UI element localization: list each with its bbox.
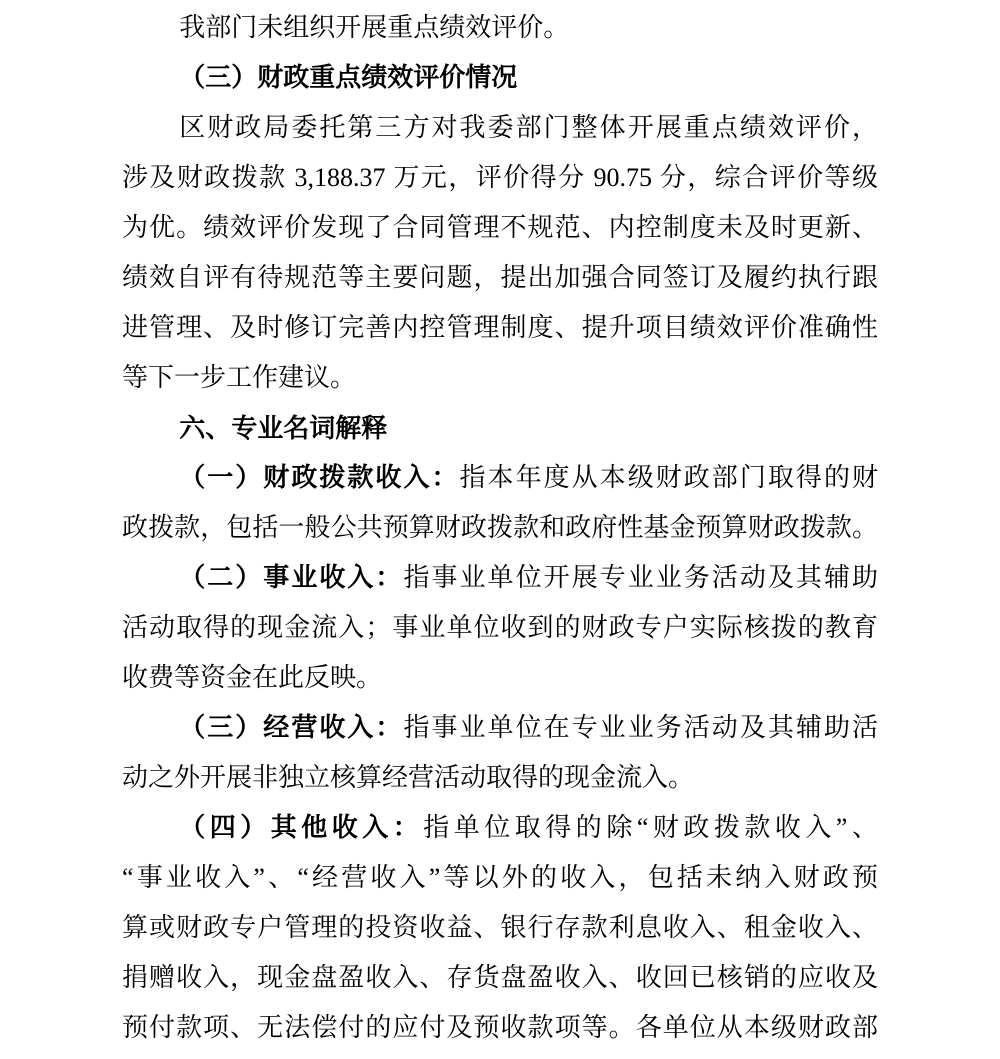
line-text: 预付款项、无法偿付的应付及预收款项等。各单位从本级财政部 [122,1013,878,1042]
bold-lead-text: （一）财政拨款收入： [179,463,459,492]
text-line: 绩效自评有待规范等主要问题，提出加强合同签订及履约执行跟 [122,253,878,303]
bold-lead-text: （四）其他收入： [179,813,423,842]
line-text: 捐赠收入，现金盘盈收入、存货盘盈收入、收回已核销的应收及 [122,963,878,992]
heading-line: 六、专业名词解释 [122,403,878,453]
line-text: 涉及财政拨款 3,188.37 万元，评价得分 90.75 分，综合评价等级 [122,163,878,192]
line-text: 指单位取得的除“财政拨款收入”、 [423,813,878,842]
line-text: 进管理、及时修订完善内控管理制度、提升项目绩效评价准确性 [122,313,878,342]
line-text: 等下一步工作建议。 [122,363,356,392]
text-line: 涉及财政拨款 3,188.37 万元，评价得分 90.75 分，综合评价等级 [122,153,878,203]
text-line: 我部门未组织开展重点绩效评价。 [122,3,878,53]
line-text: 我部门未组织开展重点绩效评价。 [179,13,569,42]
line-text: “事业收入”、“经营收入”等以外的收入，包括未纳入财政预 [122,863,878,892]
bold-lead-text: 六、专业名词解释 [179,413,387,443]
line-text: 动之外开展非独立核算经营活动取得的现金流入。 [122,763,694,792]
text-line: （一）财政拨款收入：指本年度从本级财政部门取得的财 [122,453,878,503]
text-line: 算或财政专户管理的投资收益、银行存款利息收入、租金收入、 [122,903,878,953]
text-line: 政拨款，包括一般公共预算财政拨款和政府性基金预算财政拨款。 [122,503,878,553]
text-line: （二）事业收入：指事业单位开展专业业务活动及其辅助 [122,553,878,603]
document-page: 我部门未组织开展重点绩效评价。（三）财政重点绩效评价情况区财政局委托第三方对我委… [0,0,1000,1059]
text-line: “事业收入”、“经营收入”等以外的收入，包括未纳入财政预 [122,853,878,903]
line-text: 区财政局委托第三方对我委部门整体开展重点绩效评价， [179,113,878,142]
bold-lead-text: （二）事业收入： [179,563,403,592]
bold-lead-text: （三）经营收入： [179,713,403,742]
text-line: 区财政局委托第三方对我委部门整体开展重点绩效评价， [122,103,878,153]
line-text: 为优。绩效评价发现了合同管理不规范、内控制度未及时更新、 [122,213,878,242]
line-text: 指事业单位在专业业务活动及其辅助活 [403,713,878,742]
line-text: 指事业单位开展专业业务活动及其辅助 [403,563,878,592]
text-line: 捐赠收入，现金盘盈收入、存货盘盈收入、收回已核销的应收及 [122,953,878,1003]
line-text: 收费等资金在此反映。 [122,663,382,692]
line-text: 指本年度从本级财政部门取得的财 [460,463,878,492]
line-text: 算或财政专户管理的投资收益、银行存款利息收入、租金收入、 [122,913,878,942]
text-line: （四）其他收入：指单位取得的除“财政拨款收入”、 [122,803,878,853]
text-line: 活动取得的现金流入；事业单位收到的财政专户实际核拨的教育 [122,603,878,653]
text-line: 预付款项、无法偿付的应付及预收款项等。各单位从本级财政部 [122,1003,878,1053]
text-line: 为优。绩效评价发现了合同管理不规范、内控制度未及时更新、 [122,203,878,253]
text-line: 等下一步工作建议。 [122,353,878,403]
text-line: （三）经营收入：指事业单位在专业业务活动及其辅助活 [122,703,878,753]
heading-line: （三）财政重点绩效评价情况 [122,53,878,103]
text-line: 进管理、及时修订完善内控管理制度、提升项目绩效评价准确性 [122,303,878,353]
text-line: 收费等资金在此反映。 [122,653,878,703]
line-text: 活动取得的现金流入；事业单位收到的财政专户实际核拨的教育 [122,613,878,642]
line-text: 政拨款，包括一般公共预算财政拨款和政府性基金预算财政拨款。 [122,513,878,542]
bold-lead-text: （三）财政重点绩效评价情况 [179,63,517,92]
line-text: 绩效自评有待规范等主要问题，提出加强合同签订及履约执行跟 [122,263,878,292]
text-line: 动之外开展非独立核算经营活动取得的现金流入。 [122,753,878,803]
